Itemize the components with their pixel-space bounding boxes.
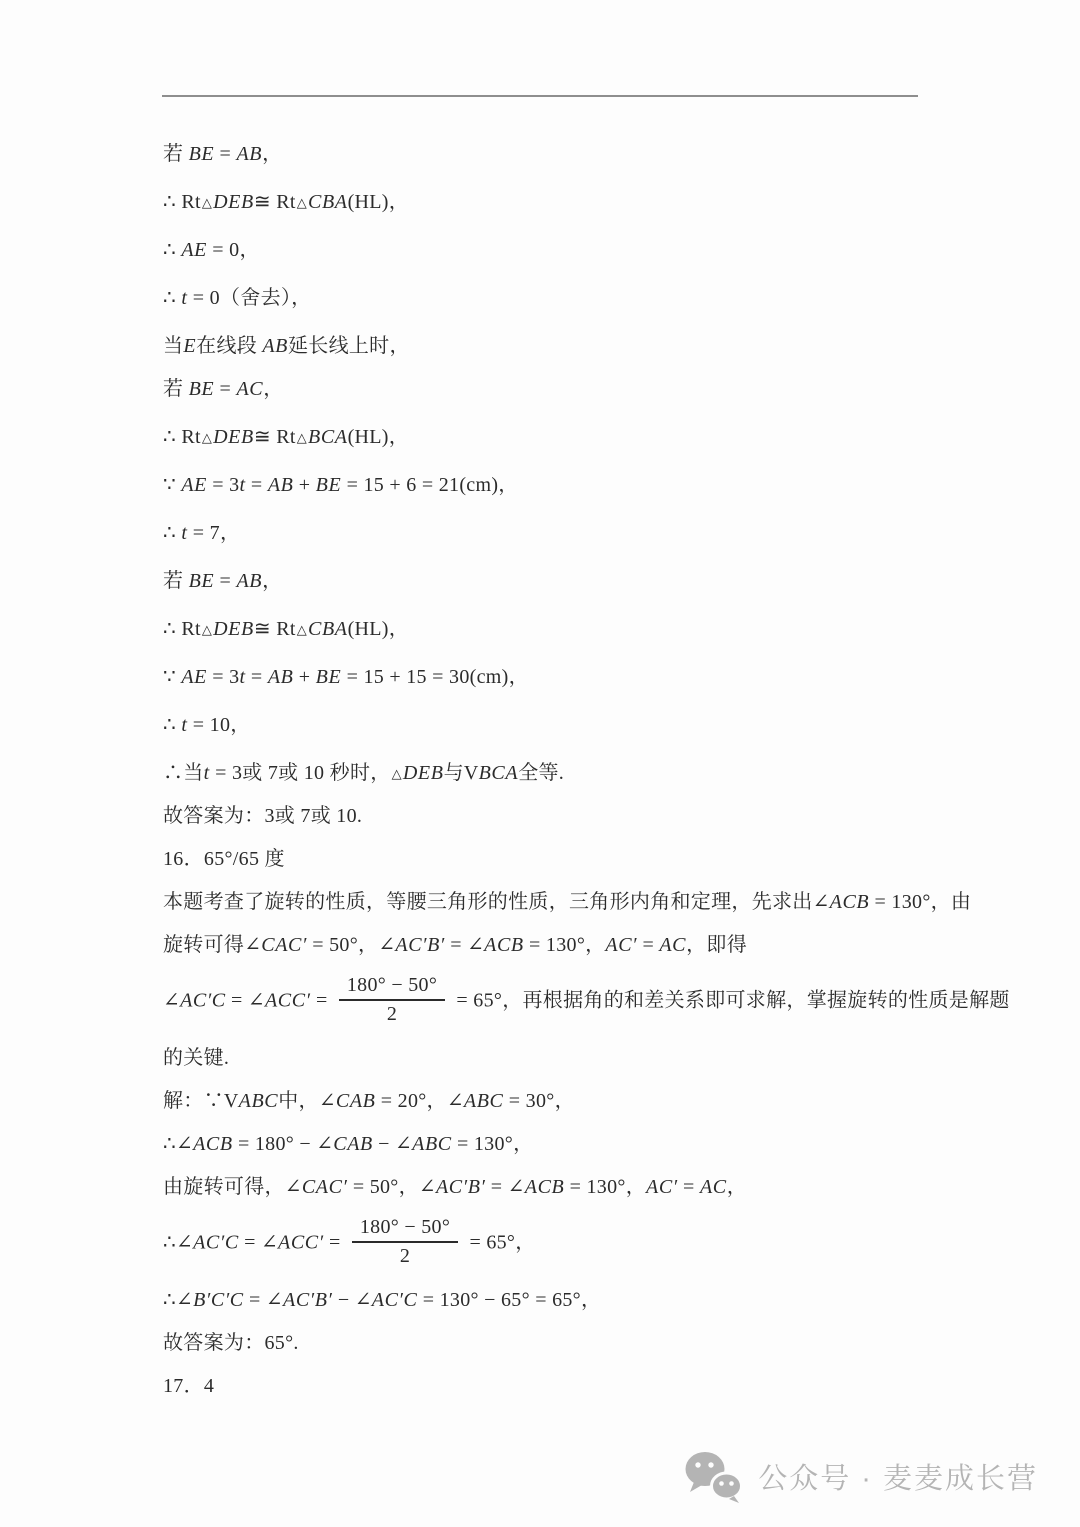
doc-line: ∴ Rt△DEB≅ Rt△CBA(HL)， [163,189,923,216]
doc-line: 解：∵VABC中，∠CAB = 20°，∠ABC = 30°， [163,1088,923,1115]
doc-line: 若 BE = AC， [163,376,923,403]
doc-line: ∠AC′C = ∠ACC′ = 180° − 50°2 = 65°，再根据角的和… [163,975,923,1029]
doc-line: 旋转可得∠CAC′ = 50°，∠AC′B′ = ∠ACB = 130°，AC′… [163,932,923,959]
doc-line: 由旋转可得，∠CAC′ = 50°，∠AC′B′ = ∠ACB = 130°，A… [163,1174,923,1201]
doc-line: 故答案为：3或 7或 10. [163,803,923,830]
doc-line: 若 BE = AB， [163,141,923,168]
doc-line: 17．4 [163,1373,923,1400]
doc-line: ∴ Rt△DEB≅ Rt△BCA(HL)， [163,424,923,451]
doc-line: 本题考查了旋转的性质，等腰三角形的性质，三角形内角和定理，先求出∠ACB = 1… [163,889,923,916]
wechat-watermark: 公众号 · 麦麦成长营 [682,1449,1038,1503]
document-lines: 若 BE = AB，∴ Rt△DEB≅ Rt△CBA(HL)，∴ AE = 0，… [163,137,923,1416]
watermark-text: 公众号 · 麦麦成长营 [758,1456,1038,1497]
doc-line: ∴ t = 0（舍去）， [163,285,923,312]
doc-line: ∴ t = 10， [163,712,923,739]
doc-line: ∴ t = 7， [163,520,923,547]
doc-line: ∴∠AC′C = ∠ACC′ = 180° − 50°2 = 65°， [163,1217,923,1271]
doc-line: ∴当t = 3或 7或 10 秒时，△DEB与VBCA全等. [163,760,923,787]
wechat-icon [682,1449,744,1503]
doc-line: 故答案为：65°. [163,1330,923,1357]
doc-line: 的关键. [163,1045,923,1072]
doc-line: 当E在线段 AB延长线上时， [163,333,923,360]
doc-line: ∵ AE = 3t = AB + BE = 15 + 15 = 30(cm)， [163,664,923,691]
doc-line: ∵ AE = 3t = AB + BE = 15 + 6 = 21(cm)， [163,472,923,499]
divider-rule [162,95,918,97]
doc-line: ∴∠B′C′C = ∠AC′B′ − ∠AC′C = 130° − 65° = … [163,1287,923,1314]
doc-line: ∴ Rt△DEB≅ Rt△CBA(HL)， [163,616,923,643]
fraction: 180° − 50°2 [352,1215,458,1269]
doc-line: 16．65°/65 度 [163,846,923,873]
doc-line: ∴ AE = 0， [163,237,923,264]
fraction: 180° − 50°2 [339,973,445,1027]
doc-line: 若 BE = AB， [163,568,923,595]
doc-line: ∴∠ACB = 180° − ∠CAB − ∠ABC = 130°， [163,1131,923,1158]
document-page: 若 BE = AB，∴ Rt△DEB≅ Rt△CBA(HL)，∴ AE = 0，… [0,0,1080,1527]
